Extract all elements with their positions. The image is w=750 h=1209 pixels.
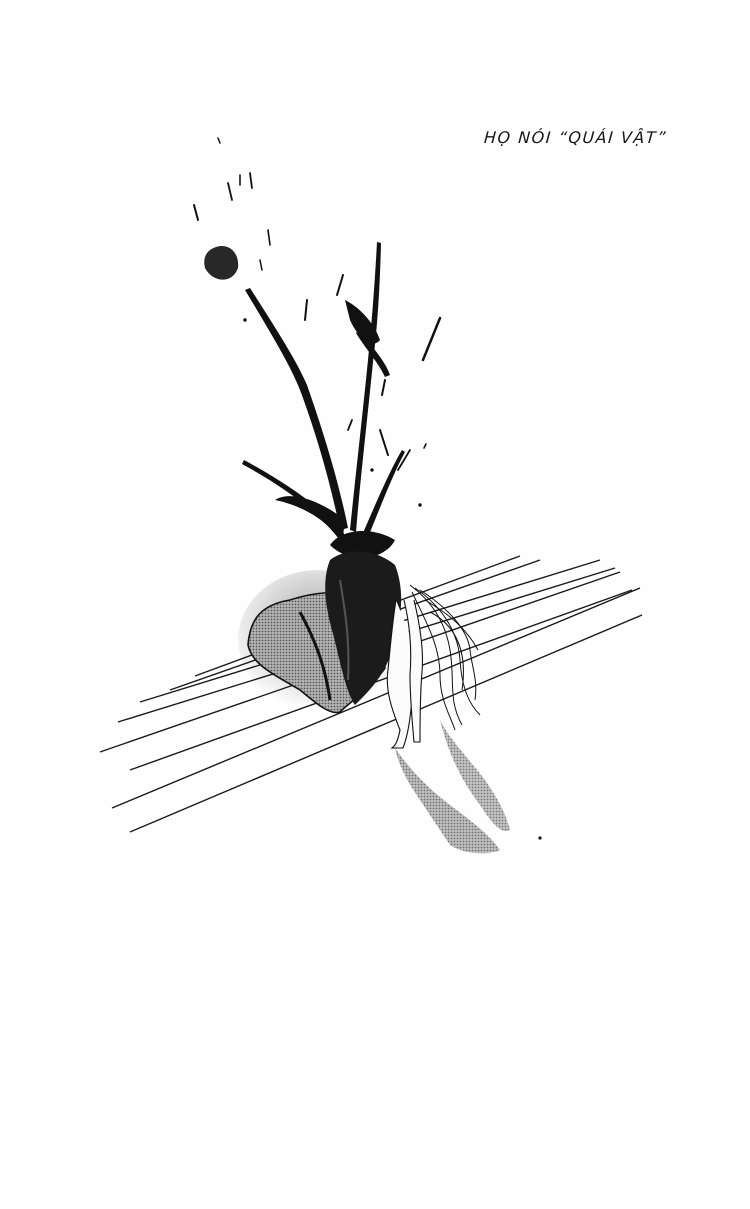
cloaked-figure <box>238 552 401 713</box>
illustration <box>0 0 750 1209</box>
caption-text: HỌ NÓI “QUÁI VẬT” <box>483 128 667 147</box>
manga-page: HỌ NÓI “QUÁI VẬT” <box>0 0 750 1209</box>
ink-splatter <box>194 138 440 558</box>
